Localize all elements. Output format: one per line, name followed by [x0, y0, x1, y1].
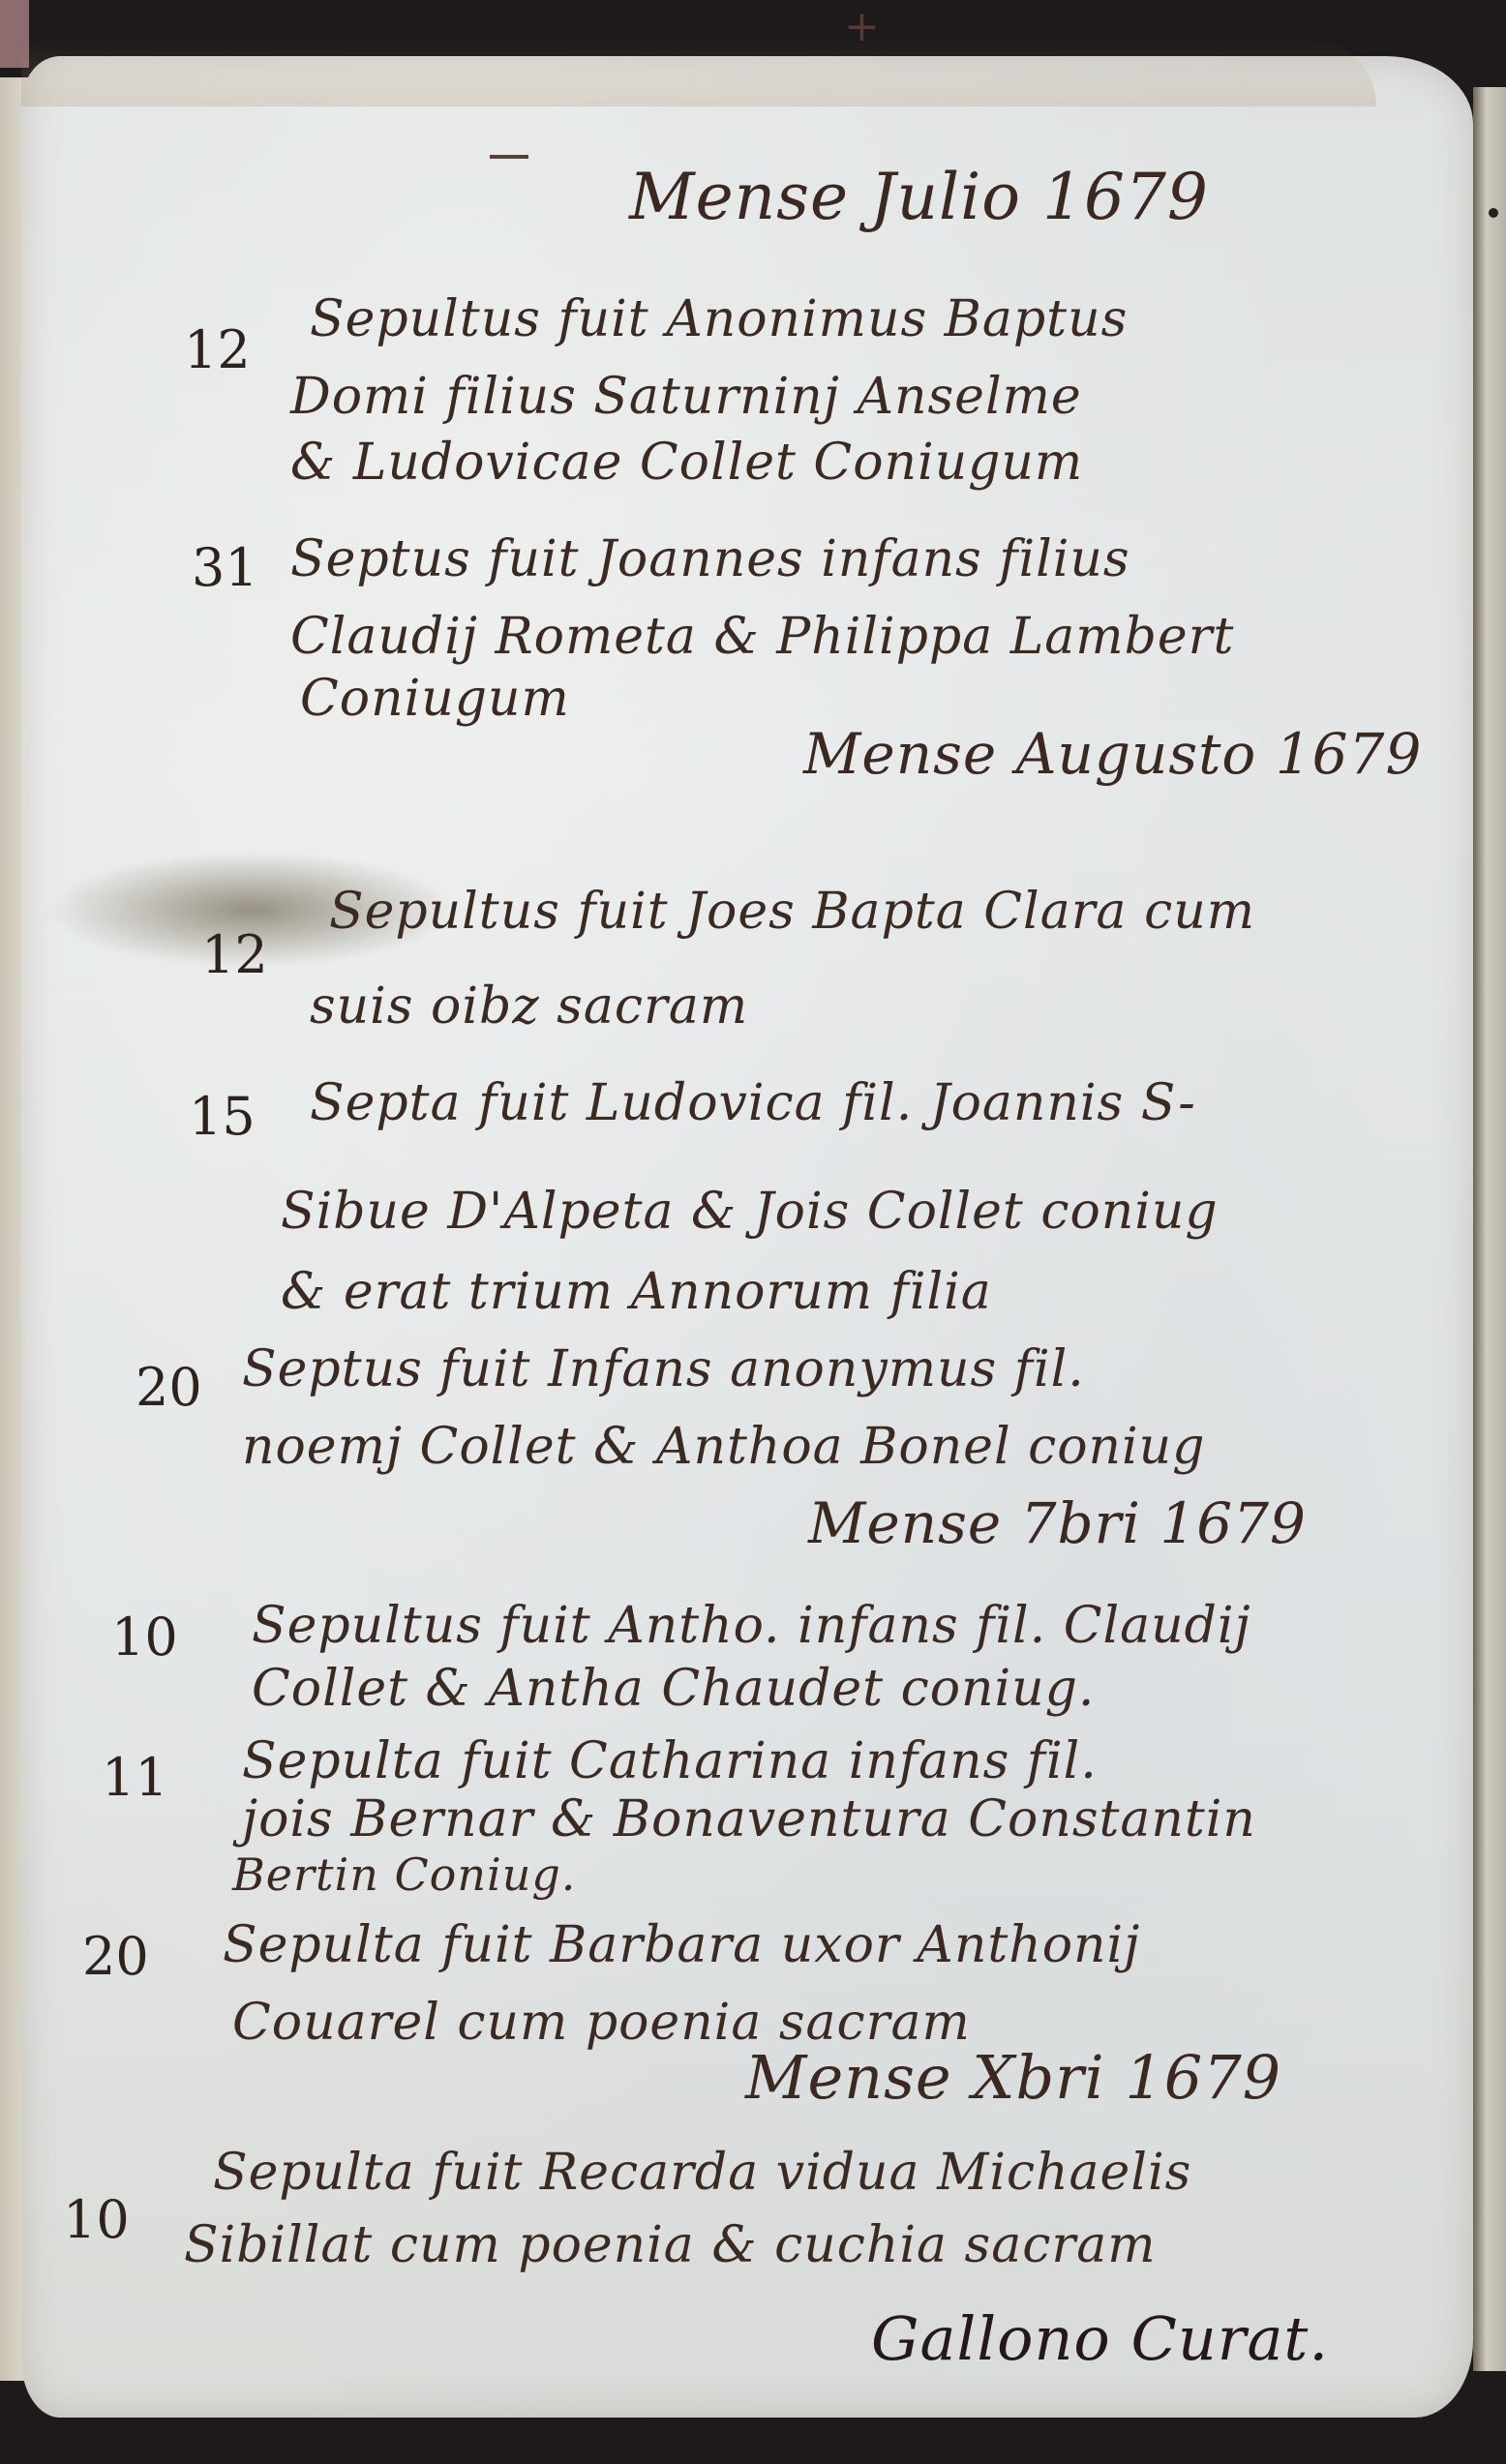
curate-signature: Gallono Curat.: [871, 2303, 1329, 2374]
cross-mark: +: [844, 2, 880, 51]
binding-dot: [1489, 208, 1498, 218]
entry-day: 10: [111, 1607, 178, 1668]
entry-day: 20: [136, 1357, 202, 1418]
entry-day: 11: [102, 1747, 168, 1808]
section-heading-septembri: Mense 7bri 1679: [808, 1490, 1307, 1556]
heading-dash: [490, 155, 528, 159]
entry-line: Claudij Rometa & Philippa Lambert: [290, 608, 1234, 666]
entry-day: 20: [82, 1926, 149, 1987]
entry-line: Sepulta fuit Barbara uxor Anthonij: [223, 1916, 1140, 1974]
entry-line: Sepultus fuit Anonimus Baptus: [310, 290, 1128, 348]
page-top-stain: [21, 39, 1376, 106]
entry-line: Septus fuit Infans anonymus fil.: [242, 1340, 1085, 1398]
entry-day: 12: [184, 319, 251, 380]
section-heading-augusto: Mense Augusto 1679: [803, 721, 1422, 787]
entry-day: 31: [192, 537, 258, 598]
entry-line: Sepultus fuit Antho. infans fil. Claudij: [252, 1597, 1251, 1655]
entry-line: Sepulta fuit Recarda vidua Michaelis: [213, 2144, 1191, 2202]
entry-line: Coniugum: [300, 670, 570, 728]
entry-line: Collet & Antha Chaudet coniug.: [252, 1660, 1095, 1718]
entry-line: jois Bernar & Bonaventura Constantin: [242, 1790, 1256, 1848]
entry-line: Bertin Coniug.: [232, 1848, 576, 1901]
entry-line: & erat trium Annorum filia: [281, 1263, 992, 1321]
entry-day: 12: [201, 924, 268, 985]
section-heading-decembri: Mense Xbri 1679: [745, 2042, 1281, 2113]
section-heading-julio: Mense Julio 1679: [629, 160, 1209, 234]
page-right-edge: [1473, 87, 1506, 2371]
entry-line: Septus fuit Joannes infans filius: [290, 530, 1130, 588]
entry-line: Domi filius Saturninj Anselme: [290, 368, 1082, 426]
entry-day: 15: [189, 1086, 256, 1147]
entry-line: suis oibz sacram: [310, 977, 748, 1036]
entry-line: & Ludovicae Collet Coniugum: [290, 434, 1083, 492]
entry-line: Sibillat cum poenia & cuchia sacram: [184, 2216, 1157, 2274]
entry-line: Sibue D'Alpeta & Jois Collet coniug: [281, 1183, 1219, 1241]
entry-line: Septa fuit Ludovica fil. Joannis S-: [310, 1074, 1196, 1132]
entry-line: Sepultus fuit Joes Bapta Clara cum: [329, 883, 1255, 941]
entry-line: noemj Collet & Anthoa Bonel coniug: [242, 1418, 1205, 1476]
entry-line: Sepulta fuit Catharina infans fil.: [242, 1732, 1098, 1790]
entry-day: 10: [63, 2189, 130, 2250]
